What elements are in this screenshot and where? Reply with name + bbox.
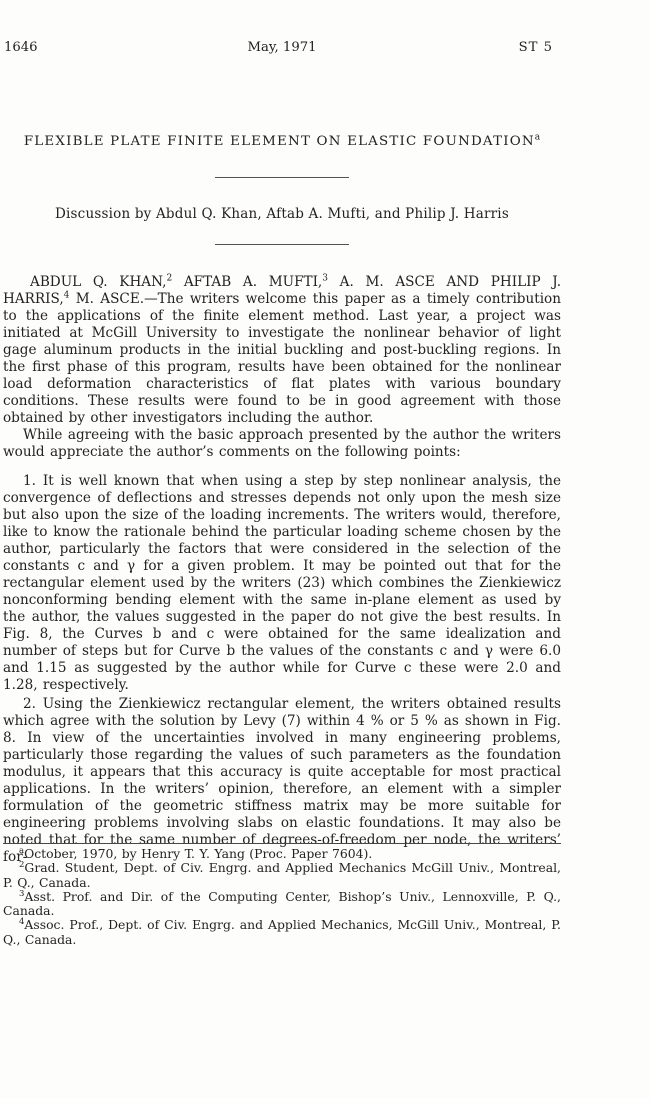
footnote-4: 4Assoc. Prof., Dept. of Civ. Engrg. and …	[3, 918, 561, 947]
byline: Discussion by Abdul Q. Khan, Aftab A. Mu…	[3, 206, 561, 222]
issue-date: May, 1971	[3, 40, 561, 56]
footnote-a: aOctober, 1970, by Henry T. Y. Yang (Pro…	[3, 847, 561, 861]
footnote-divider	[3, 843, 561, 844]
footnote-3: 3Asst. Prof. and Dir. of the Computing C…	[3, 890, 561, 919]
title-footnote-marker: a	[535, 133, 540, 143]
paragraph-authors-intro: ABDUL Q. KHAN,2 AFTAB A. MUFTI,3 A. M. A…	[3, 274, 561, 427]
article-title: FLEXIBLE PLATE FINITE ELEMENT ON ELASTIC…	[3, 134, 561, 149]
scanned-journal-page: 1646 May, 1971 ST 5 FLEXIBLE PLATE FINIT…	[3, 0, 561, 1099]
footnote-2: 2Grad. Student, Dept. of Civ. Engrg. and…	[3, 861, 561, 890]
paragraph-while-agreeing: While agreeing with the basic approach p…	[3, 427, 561, 461]
article-title-text: FLEXIBLE PLATE FINITE ELEMENT ON ELASTIC…	[24, 134, 535, 149]
paragraph-point-2: 2. Using the Zienkiewicz rectangular ele…	[3, 696, 561, 866]
horizontal-rule-top	[215, 177, 349, 178]
footnotes: aOctober, 1970, by Henry T. Y. Yang (Pro…	[3, 847, 561, 947]
article-body: ABDUL Q. KHAN,2 AFTAB A. MUFTI,3 A. M. A…	[3, 274, 561, 866]
paragraph-point-1: 1. It is well known that when using a st…	[3, 473, 561, 694]
journal-code: ST 5	[519, 40, 553, 56]
horizontal-rule-bottom	[215, 244, 349, 245]
